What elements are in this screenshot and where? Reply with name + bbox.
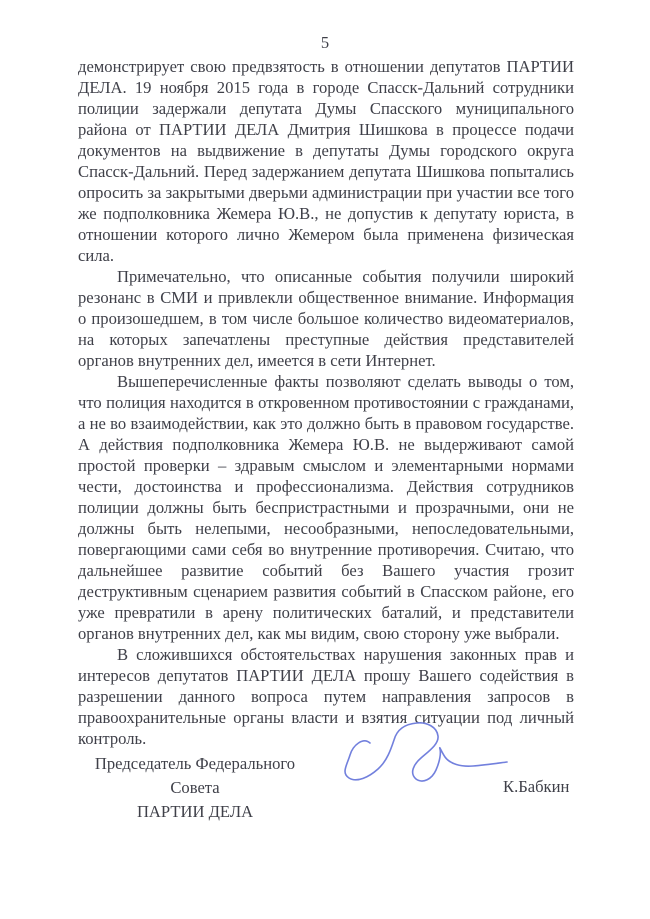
signer-name: К.Бабкин [503,776,569,797]
signature-block: Председатель Федерального Совета ПАРТИИ … [78,752,312,824]
signer-party-name: ПАРТИИ ДЕЛА [78,800,312,824]
letter-body: демонстрирует свою предвзятость в отноше… [78,56,574,749]
signer-title: Председатель Федерального Совета [78,752,312,800]
page-number: 5 [0,33,650,53]
paragraph: Вышеперечисленные факты позволяют сделат… [78,371,574,644]
paragraph: Примечательно, что описанные события пол… [78,266,574,371]
scanned-letter-page: 5 демонстрирует свою предвзятость в отно… [0,0,650,919]
paragraph: демонстрирует свою предвзятость в отноше… [78,56,574,266]
signature-ink-stroke [345,723,507,781]
